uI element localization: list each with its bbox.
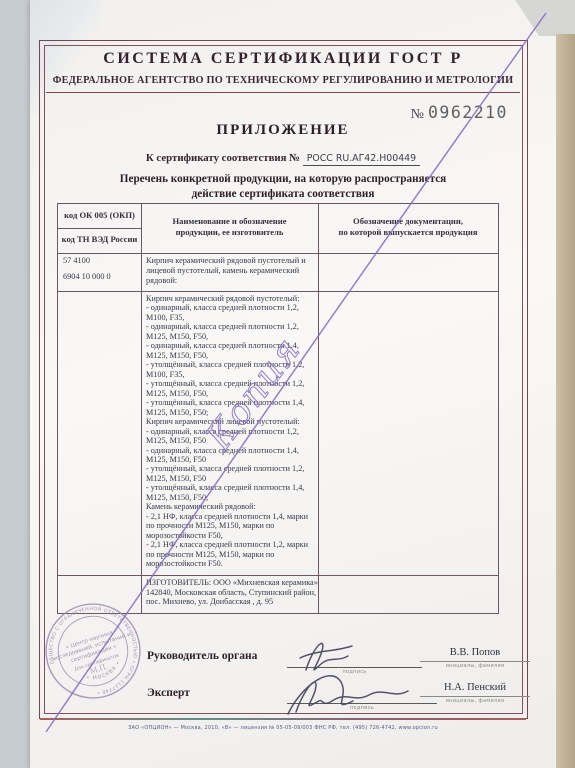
expert-name: Н.А. Пенский <box>420 682 530 693</box>
column-header-okp-code: код ОК 005 (ОКП) <box>58 210 141 221</box>
signature-line-2 <box>287 703 437 704</box>
name-caption-2: инициалы, фамилия <box>420 698 530 704</box>
column-header-tnved-code: код ТН ВЭД России <box>58 234 141 245</box>
column-header-product-name: Наименование и обозначение продукции, ее… <box>141 216 318 238</box>
bottom-guilloche-line <box>40 718 526 720</box>
scan-edge-strip <box>556 34 575 768</box>
expert-label: Эксперт <box>147 687 190 699</box>
certificate-reference-label: К сертификату соответствия № <box>146 152 300 164</box>
head-of-body-label: Руководитель орган­а <box>147 650 257 662</box>
scanned-certificate-page: СИСТЕМА СЕРТИФИКАЦИИ ГОСТ Р ФЕДЕРАЛЬНОЕ … <box>0 0 575 768</box>
table-header-bottom-line <box>58 253 498 254</box>
products-table: код ОК 005 (ОКП) код ТН ВЭД России Наиме… <box>57 203 499 614</box>
signature-line-1 <box>287 667 422 668</box>
table-code-cell-divider <box>58 228 141 229</box>
certification-system-title: СИСТЕМА СЕРТИФИКАЦИИ ГОСТ Р <box>40 50 526 68</box>
head-of-body-name: В.В. Попов <box>420 647 530 658</box>
table-column-divider-1 <box>141 204 142 613</box>
name-line-2 <box>420 696 530 697</box>
table-row-product-group: Кирпич керамический рядовой пустотелый и… <box>146 256 314 285</box>
products-list-subtitle: Перечень конкретной продукции, на котору… <box>40 172 526 202</box>
name-line-1 <box>420 661 530 662</box>
signature-caption-1: подпись <box>287 669 422 675</box>
name-caption-1: инициалы, фамилия <box>420 663 530 669</box>
column-header-documentation: Обозначение документации, по которой вып… <box>318 216 498 238</box>
form-number-value: 0962210 <box>428 103 508 122</box>
agency-name: ФЕДЕРАЛЬНОЕ АГЕНТСТВО ПО ТЕХНИЧЕСКОМУ РЕ… <box>40 75 526 86</box>
certificate-reference-line: К сертификату соответствия № РОСС RU.АГ4… <box>40 152 526 164</box>
certificate-number: РОСС RU.АГ42.Н00449 <box>303 153 420 166</box>
table-row2-bottom-line <box>58 575 498 576</box>
signature-caption-2: подпись <box>287 705 437 711</box>
okp-code-value: 57 4100 <box>63 256 139 266</box>
document-title: ПРИЛОЖЕНИЕ <box>40 122 526 139</box>
form-number-label: № <box>411 107 424 122</box>
printing-house-microtext: ЗАО «ОПЦИОН» — Москва, 2010, «В» — лицен… <box>40 725 526 731</box>
table-row-product-list: Кирпич керамический рядовой пустотелый: … <box>146 294 314 573</box>
header-divider <box>46 92 520 93</box>
table-row-manufacturer: ИЗГОТОВИТЕЛЬ: ООО «Михневская керамика» … <box>146 578 318 612</box>
table-row1-bottom-line <box>58 291 498 292</box>
table-column-divider-2 <box>318 204 319 613</box>
form-number: № 0962210 <box>40 103 508 123</box>
tnved-code-value: 6904 10 000 0 <box>63 272 139 282</box>
